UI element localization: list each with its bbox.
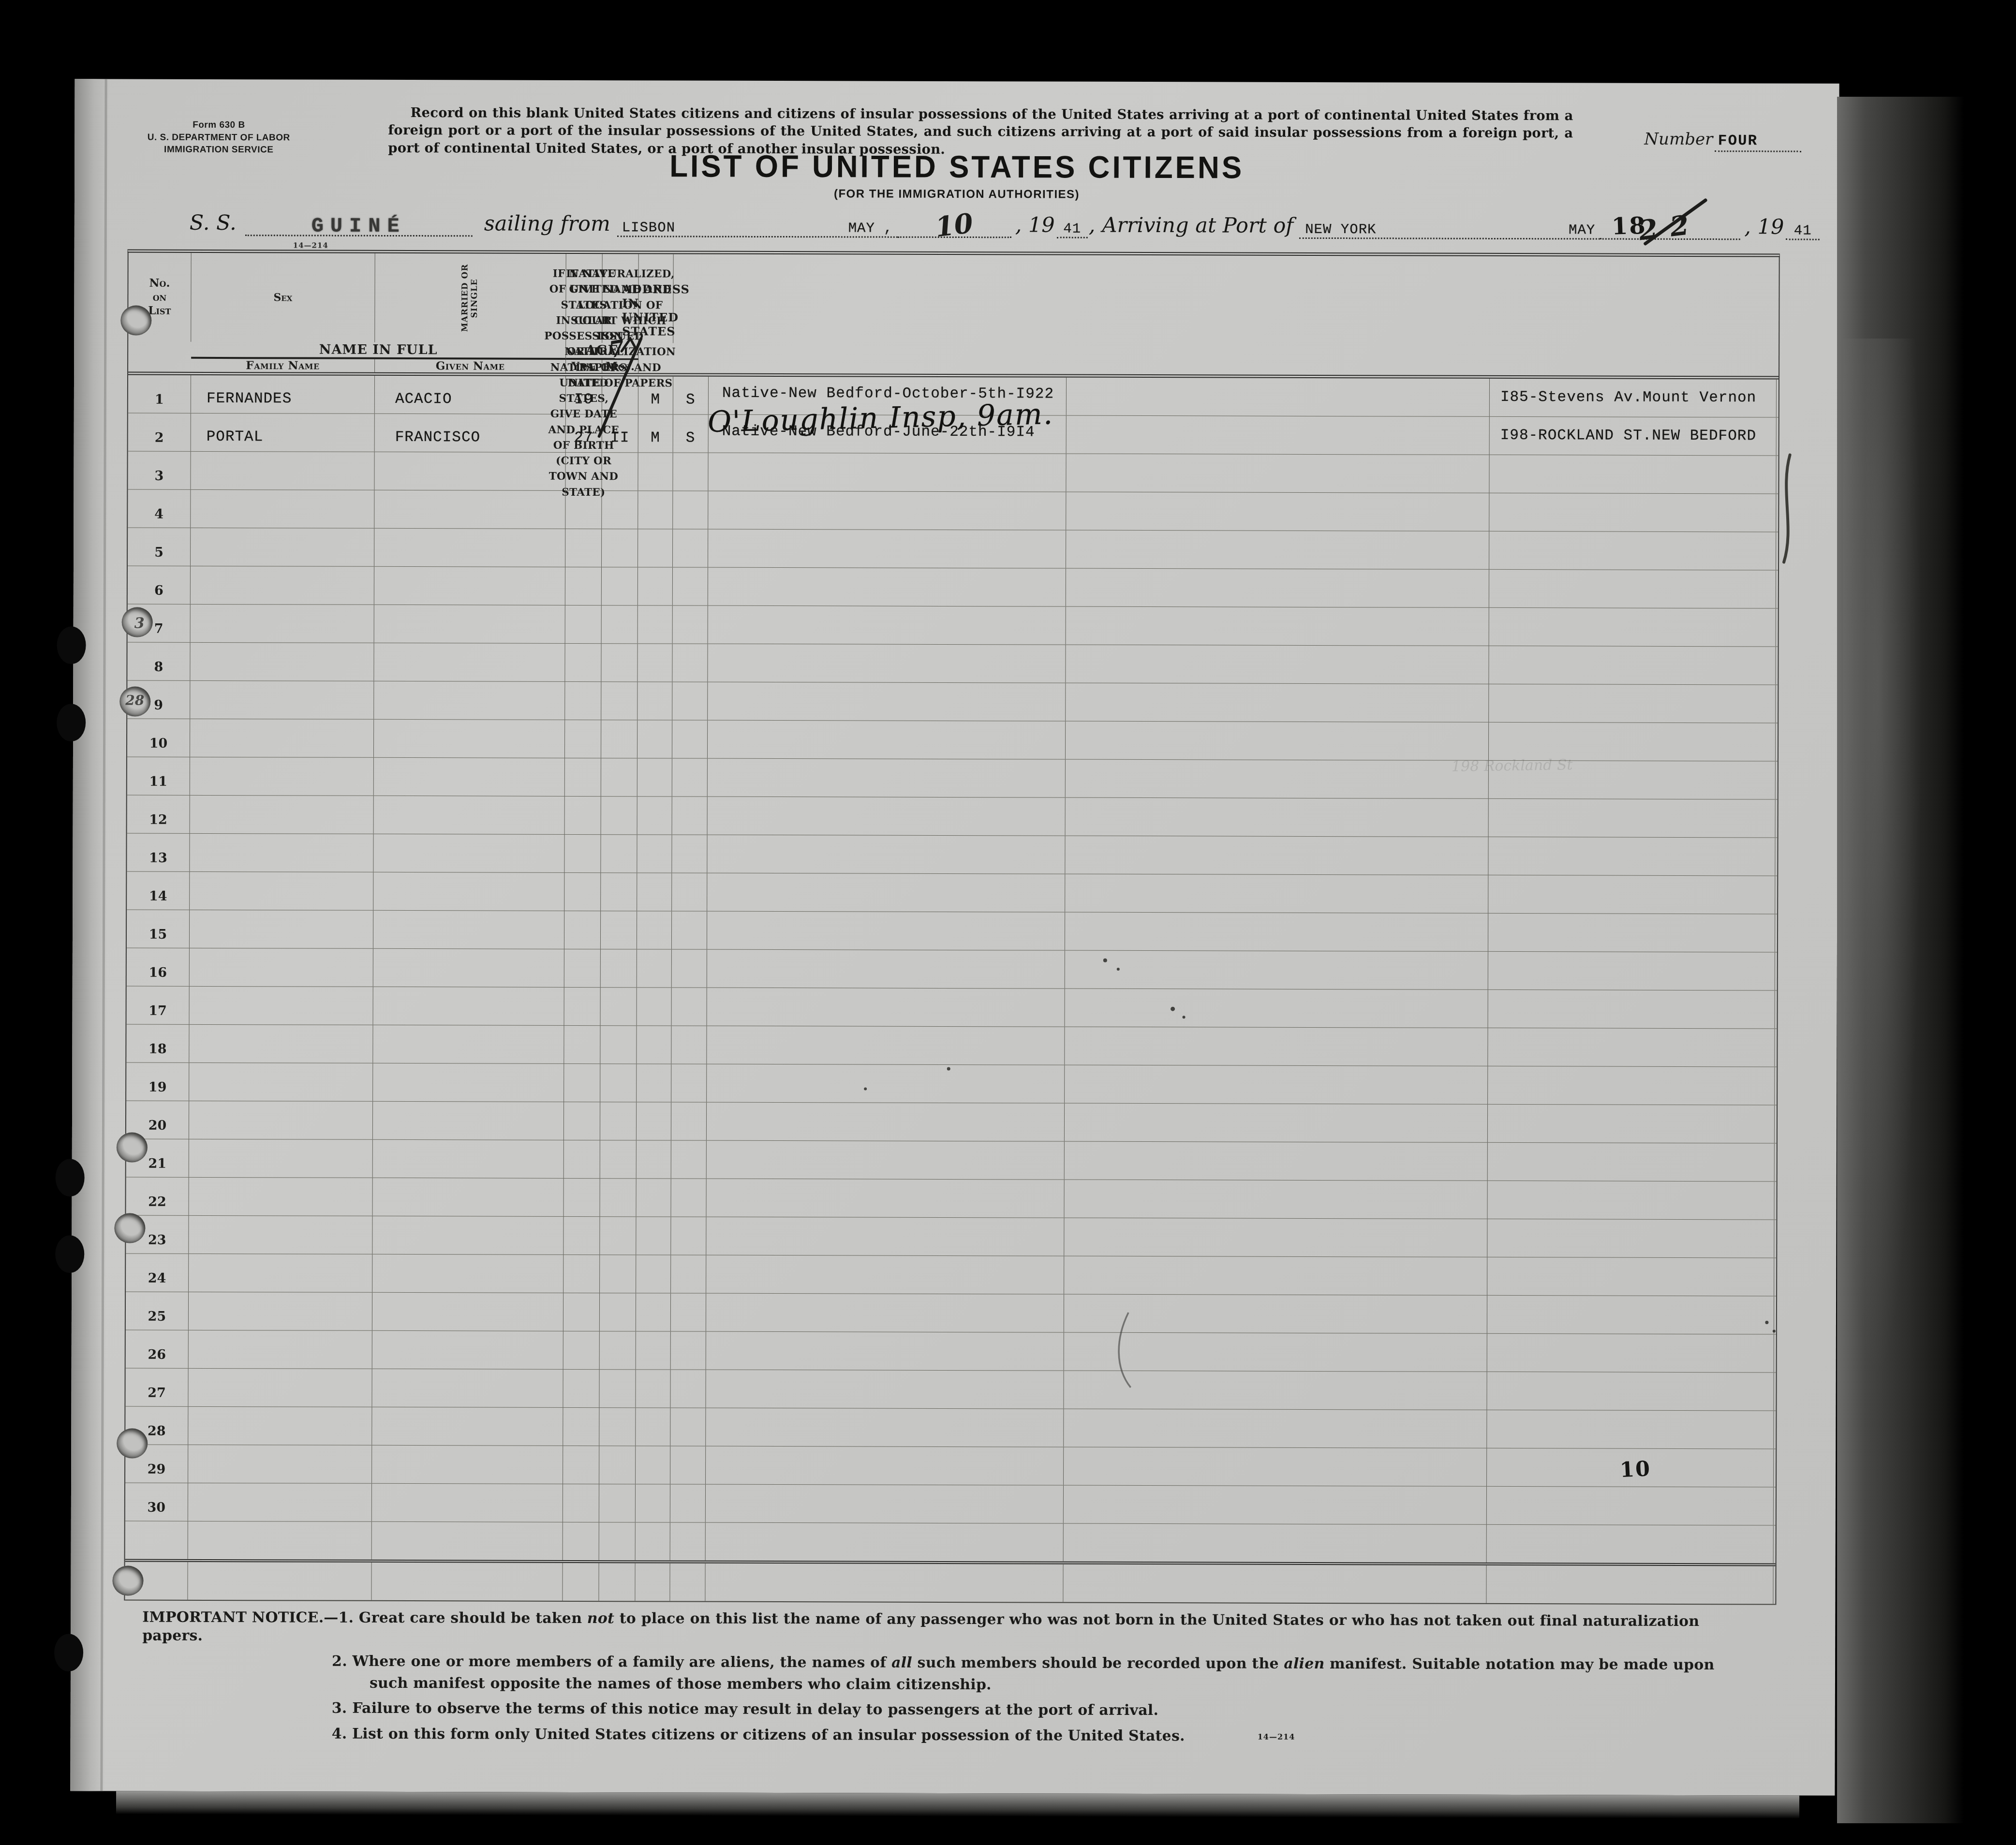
sex-cell (637, 758, 672, 796)
punch-hole (117, 1132, 148, 1162)
age-months-cell (599, 1446, 636, 1484)
sex-cell (636, 1293, 671, 1331)
given-name-cell (374, 796, 565, 834)
header-address: ADDRESS IN UNITED STATES (638, 254, 673, 343)
age-years-cell (565, 644, 601, 681)
address-cell (1489, 799, 1776, 838)
important-notice: IMPORTANT NOTICE.—1. Great care should b… (142, 1609, 1753, 1754)
given-name-cell (372, 1331, 563, 1369)
age-years-cell (564, 1102, 600, 1140)
married-single-cell (672, 797, 708, 834)
age-months-cell (601, 720, 637, 758)
age-months-cell (602, 376, 638, 414)
age-months-cell (601, 988, 637, 1025)
age-months-cell (601, 911, 637, 949)
naturalization-cell (1065, 913, 1488, 951)
table-row: 27 (125, 1369, 1776, 1411)
naturalization-cell (1064, 1524, 1487, 1563)
table-row: 6 (128, 566, 1778, 609)
sex-cell (636, 1179, 671, 1216)
family-name-cell (189, 1216, 372, 1254)
family-name-cell (189, 1292, 372, 1330)
table-row: 4 (128, 490, 1778, 532)
birthplace-cell (707, 1141, 1065, 1180)
address-cell (1487, 1372, 1774, 1411)
number-label: Number (1644, 130, 1713, 149)
ghost-writing: 198 Rockland St (1452, 756, 1573, 775)
married-single-cell (670, 1522, 706, 1560)
table-row: 14 (127, 872, 1777, 915)
naturalization-cell (1064, 1295, 1487, 1333)
birthplace-cell (707, 835, 1065, 874)
ss-label: S. S. (185, 211, 245, 236)
birthplace-cell (708, 491, 1066, 530)
age-years-cell (564, 911, 601, 949)
table-row: 19 (126, 1063, 1777, 1106)
notice-item-1: IMPORTANT NOTICE.—1. Great care should b… (142, 1609, 1753, 1649)
birthplace-cell (708, 797, 1066, 836)
row-number: 11 (127, 757, 190, 795)
address-cell (1487, 1410, 1774, 1449)
age-years-cell: 27 (566, 414, 602, 452)
married-single-cell (673, 567, 708, 605)
naturalization-cell (1066, 569, 1489, 607)
notice-item-2-cont: such manifest opposite the names of thos… (142, 1673, 1753, 1696)
sex-cell (636, 1370, 670, 1407)
age-years-cell (563, 1522, 599, 1560)
given-name-cell (373, 1140, 564, 1178)
address-cell (1487, 1334, 1774, 1373)
given-name-cell (374, 567, 565, 605)
sex-cell (637, 873, 672, 911)
notice-item-4: 4. List on this form only United States … (142, 1724, 1753, 1746)
family-name-cell (190, 872, 373, 910)
birthplace-cell (707, 988, 1065, 1027)
sex-cell (637, 720, 672, 758)
family-name-cell (189, 1025, 373, 1063)
family-name-cell (188, 1369, 372, 1407)
plate-number-top: 14—214 (293, 241, 328, 250)
address-cell (1487, 1296, 1774, 1334)
notice-2-post: manifest. Suitable notation may be made … (1324, 1655, 1714, 1673)
given-name-cell (373, 911, 564, 949)
address-cell (1487, 1525, 1774, 1564)
married-single-cell (671, 1293, 706, 1331)
age-months-cell (601, 873, 637, 911)
age-months-cell (600, 1064, 637, 1102)
birthplace-cell (708, 759, 1066, 797)
birthplace-cell (708, 568, 1066, 606)
sailing-from-label: sailing from (473, 211, 617, 237)
row-number: 5 (128, 528, 191, 566)
row-number: 19 (126, 1063, 189, 1101)
address-cell (1489, 646, 1776, 685)
sail-year-field: 41 (1057, 221, 1088, 238)
birthplace-cell (706, 1255, 1064, 1294)
address-cell (1488, 952, 1775, 990)
age-years-cell (563, 1331, 600, 1369)
married-single-cell (673, 453, 708, 490)
given-name-cell (374, 758, 565, 796)
naturalization-cell (1066, 492, 1489, 531)
family-name-cell (191, 490, 374, 528)
age-years-cell (565, 605, 602, 643)
table-row: 18 (126, 1025, 1777, 1067)
family-name-cell (190, 987, 373, 1025)
naturalization-cell (1063, 1565, 1486, 1603)
married-single-cell (671, 1331, 706, 1369)
age-months-cell (599, 1563, 635, 1601)
table-row: 20 (126, 1101, 1777, 1144)
header-given-name: Given Name (375, 359, 566, 373)
notice-2-italic: all (891, 1654, 912, 1671)
address-cell (1489, 531, 1776, 570)
given-name-cell (372, 1178, 563, 1216)
birthplace-cell (708, 682, 1066, 721)
address-cell (1489, 684, 1776, 723)
birthplace-cell (706, 1370, 1064, 1409)
birthplace-cell (707, 950, 1065, 989)
naturalization-cell (1066, 798, 1489, 837)
family-name-cell (189, 1063, 373, 1101)
sex-cell (636, 1255, 671, 1293)
address-cell (1486, 1565, 1773, 1604)
row-number: 2 (128, 413, 191, 451)
birthplace-cell (707, 912, 1065, 950)
age-months-cell (600, 1179, 636, 1216)
married-single-cell (670, 1563, 705, 1601)
address-cell (1487, 1219, 1774, 1258)
edge-punch-hole (56, 1159, 85, 1196)
row-number: 14 (127, 872, 190, 910)
married-single-cell (673, 491, 708, 529)
age-years-cell (565, 758, 601, 796)
married-single-cell (670, 1484, 706, 1522)
notice-4-text: 4. List on this form only United States … (332, 1725, 1185, 1744)
header-name-in-full: NAME IN FULL (191, 342, 566, 360)
sex-cell: M (638, 414, 673, 452)
notice-item-3: 3. Failure to observe the terms of this … (142, 1699, 1753, 1721)
age-months-cell (599, 1484, 636, 1522)
given-name-cell (374, 681, 565, 720)
given-name-cell (373, 872, 564, 911)
age-years-cell (565, 682, 601, 720)
row-number: 26 (126, 1330, 189, 1368)
naturalization-cell (1065, 1142, 1488, 1181)
address-cell (1489, 570, 1776, 608)
age-months-cell (602, 605, 638, 643)
manifest-page: Form 630 B U. S. DEPARTMENT OF LABOR IMM… (70, 79, 1839, 1796)
age-years-cell (563, 1484, 599, 1522)
sex-cell (638, 605, 673, 643)
table-row: 9 (127, 681, 1778, 723)
sex-cell (636, 1446, 670, 1484)
age-months-cell (600, 1026, 637, 1063)
header-no-line3: List (148, 304, 171, 318)
punch-hole (117, 1428, 148, 1458)
age-years-cell (565, 491, 602, 529)
family-name-cell (190, 643, 374, 681)
married-single-cell (671, 1179, 706, 1216)
sex-cell (636, 1217, 671, 1255)
sailing-day-field: 10 (898, 215, 1011, 238)
sex-cell (637, 949, 672, 987)
age-months-cell (602, 529, 638, 567)
naturalization-cell (1066, 683, 1489, 722)
naturalization-cell (1064, 1409, 1487, 1448)
married-single-cell (672, 949, 707, 987)
sex-cell (638, 529, 673, 567)
age-months-cell (601, 758, 637, 796)
given-name-cell (374, 529, 565, 567)
table-row: 10 (127, 719, 1778, 762)
row-number: 25 (126, 1292, 189, 1330)
table-row: 16 (127, 948, 1777, 991)
age-months-cell (601, 835, 637, 872)
age-years-cell (563, 1255, 600, 1293)
married-single-cell (672, 835, 707, 872)
voyage-line: S. S. GUINÉ sailing from LISBON MAY , 10… (185, 206, 1844, 240)
married-single-cell (670, 1408, 706, 1446)
family-name-cell (189, 1254, 372, 1292)
age-years-cell (564, 873, 601, 911)
header-mos: Mos. (602, 360, 638, 373)
row-number: 12 (127, 796, 190, 833)
given-name-cell (374, 605, 565, 643)
naturalization-cell (1066, 531, 1489, 569)
given-name-cell (373, 1102, 564, 1140)
row-number: 15 (127, 910, 190, 948)
age-years-cell (563, 1446, 599, 1484)
sex-cell (637, 1064, 671, 1102)
naturalization-cell (1064, 1371, 1487, 1410)
naturalization-cell (1065, 1104, 1488, 1142)
sex-cell (636, 1331, 671, 1369)
table-row: 22 (126, 1178, 1776, 1220)
family-name-cell (190, 681, 374, 719)
given-name-cell (373, 949, 564, 987)
address-cell (1487, 1181, 1774, 1220)
notice-2-italic2: alien (1284, 1655, 1324, 1672)
sex-cell: M (638, 376, 673, 414)
age-months-cell (602, 453, 638, 490)
sex-cell (637, 682, 672, 720)
family-name-cell (189, 1178, 372, 1216)
given-name-cell (371, 1563, 563, 1601)
address-cell: I98-ROCKLAND ST.NEW BEDFORD (1490, 417, 1777, 456)
married-single-cell (672, 988, 707, 1025)
sex-cell (637, 988, 672, 1025)
arrival-day-field: 22 (1600, 217, 1740, 240)
married-single-cell (670, 1446, 706, 1484)
page-stack-texture (1843, 339, 1930, 1499)
age-years-cell (564, 988, 601, 1025)
age-months-cell (600, 1217, 636, 1255)
sex-cell (636, 1484, 670, 1522)
naturalization-cell (1064, 1180, 1487, 1219)
age-months-cell (599, 1370, 636, 1407)
given-name-cell (372, 1255, 563, 1293)
table-row: 3 (128, 452, 1778, 494)
table-row: 15 (127, 910, 1777, 953)
sex-cell (637, 1102, 671, 1140)
age-years-cell (564, 1140, 600, 1178)
given-name-cell (373, 834, 564, 872)
table-row: 24 (126, 1254, 1776, 1297)
age-months-cell (601, 797, 637, 834)
sail-after-comma: , (1088, 213, 1100, 238)
birthplace-cell (708, 644, 1066, 683)
given-name-cell (373, 1025, 564, 1063)
punch-hole (114, 1213, 145, 1243)
birthplace-cell (706, 1408, 1064, 1447)
sailing-month: MAY , (848, 220, 893, 236)
address-cell (1489, 723, 1776, 761)
family-name-cell: PORTAL (191, 413, 375, 452)
address-cell (1488, 1105, 1775, 1143)
given-name-cell (372, 1484, 563, 1522)
sex-cell (637, 1026, 671, 1063)
family-name-cell: FERNANDES (191, 375, 375, 413)
sex-cell (637, 911, 672, 949)
age-years-cell (564, 835, 601, 872)
row-number: 1 (128, 375, 191, 413)
sex-cell (638, 491, 673, 529)
table-row: 7 (128, 605, 1778, 647)
family-name-cell (190, 757, 374, 796)
given-name-cell (372, 1407, 563, 1446)
edge-punch-hole (55, 1235, 84, 1273)
age-years-cell (565, 453, 602, 490)
birthplace-cell (708, 721, 1066, 759)
age-years-cell (564, 1026, 600, 1063)
birthplace-cell (706, 1523, 1064, 1562)
family-name-cell (189, 1139, 373, 1178)
table-row: 13 (127, 834, 1777, 876)
row-number: 24 (126, 1254, 189, 1292)
plate-number-bottom: 14—214 (1258, 1732, 1295, 1741)
table-row: 23 (126, 1216, 1776, 1258)
married-single-cell (672, 873, 707, 911)
naturalization-cell (1065, 1027, 1488, 1066)
age-years-cell (565, 797, 601, 834)
age-years-cell (563, 1408, 599, 1446)
birthplace-cell (706, 1217, 1064, 1256)
married-single-cell (671, 1026, 707, 1063)
age-years-cell (563, 1179, 600, 1216)
naturalization-cell (1066, 722, 1489, 760)
row-number: 3 (128, 452, 191, 489)
row-number: 8 (127, 643, 190, 680)
age-years-cell (564, 949, 601, 987)
sheet-number-line: Number FOUR (1644, 130, 1801, 150)
naturalization-cell (1066, 607, 1489, 646)
address-cell (1489, 608, 1776, 647)
age-months-cell (600, 1293, 636, 1331)
table-row: 29 (125, 1445, 1776, 1488)
given-name-cell (373, 1063, 564, 1102)
departure-port: LISBON (622, 220, 676, 236)
sex-cell (636, 1408, 670, 1446)
birthplace-cell (705, 1564, 1063, 1602)
header-family-name: Family Name (191, 359, 375, 372)
birthplace-cell (707, 1064, 1065, 1103)
naturalization-cell (1066, 645, 1489, 684)
sex-cell (637, 797, 672, 834)
given-name-cell (372, 1522, 563, 1560)
married-single-cell (671, 1140, 707, 1178)
address-cell (1488, 990, 1775, 1029)
edge-punch-hole (57, 704, 86, 741)
birthplace-cell (706, 1332, 1064, 1371)
row-number: 10 (127, 719, 190, 757)
row-number: 4 (128, 490, 191, 528)
married-single-cell (673, 605, 708, 643)
given-name-cell (374, 720, 565, 758)
header-yrs: Yrs. (566, 360, 602, 373)
header-sex: Sex (191, 253, 375, 342)
family-name-cell (188, 1445, 372, 1483)
departure-field: LISBON MAY , (617, 220, 898, 238)
given-name-cell (372, 1369, 563, 1407)
sex-cell (637, 644, 672, 681)
family-name-cell (191, 452, 374, 490)
given-name-cell: FRANCISCO (375, 414, 566, 452)
row-number: 16 (127, 948, 190, 986)
table-row: 8 (127, 643, 1778, 685)
ship-name-field: GUINÉ (245, 211, 473, 236)
naturalization-cell (1066, 760, 1489, 798)
edge-punch-hole (57, 626, 86, 664)
age-months-cell (600, 1102, 637, 1140)
family-name-cell (188, 1521, 372, 1560)
naturalization-cell (1064, 1486, 1487, 1524)
naturalization-cell (1065, 1065, 1488, 1104)
arrive-year-typed: 41 (1794, 223, 1812, 239)
married-single-cell (670, 1370, 706, 1407)
naturalization-cell (1064, 1256, 1487, 1295)
family-name-cell (190, 948, 373, 987)
family-name-cell (191, 566, 374, 605)
sail-year-printed: , 19 (1011, 213, 1057, 238)
bottom-stamp-10: 10 (1619, 1457, 1651, 1482)
age-years-cell (563, 1293, 600, 1331)
table-row: 25 (126, 1292, 1776, 1335)
age-years-cell (564, 1064, 600, 1102)
family-name-cell (188, 1407, 372, 1445)
address-cell (1487, 1257, 1774, 1296)
table-row: 28 (125, 1407, 1776, 1449)
arriving-label: Arriving at Port of (1100, 213, 1299, 239)
row-number: 30 (125, 1483, 188, 1521)
married-single-cell (671, 1102, 707, 1140)
row-number: 6 (128, 566, 191, 604)
address-cell (1487, 1487, 1774, 1525)
birthplace-cell (708, 530, 1066, 568)
family-name-cell (190, 910, 373, 948)
married-single-cell (672, 911, 707, 949)
age-years-cell (565, 720, 601, 758)
birthplace-cell (706, 1446, 1064, 1485)
given-name-cell (374, 452, 565, 490)
header-married-label: Married or Single (461, 262, 480, 334)
header-no-line2: on (153, 290, 167, 304)
family-name-cell (188, 1483, 372, 1521)
given-name-cell (374, 643, 565, 681)
given-name-cell (373, 987, 564, 1025)
age-months-cell (601, 682, 637, 720)
notice-2-mid: such members should be recorded upon the (912, 1654, 1284, 1672)
